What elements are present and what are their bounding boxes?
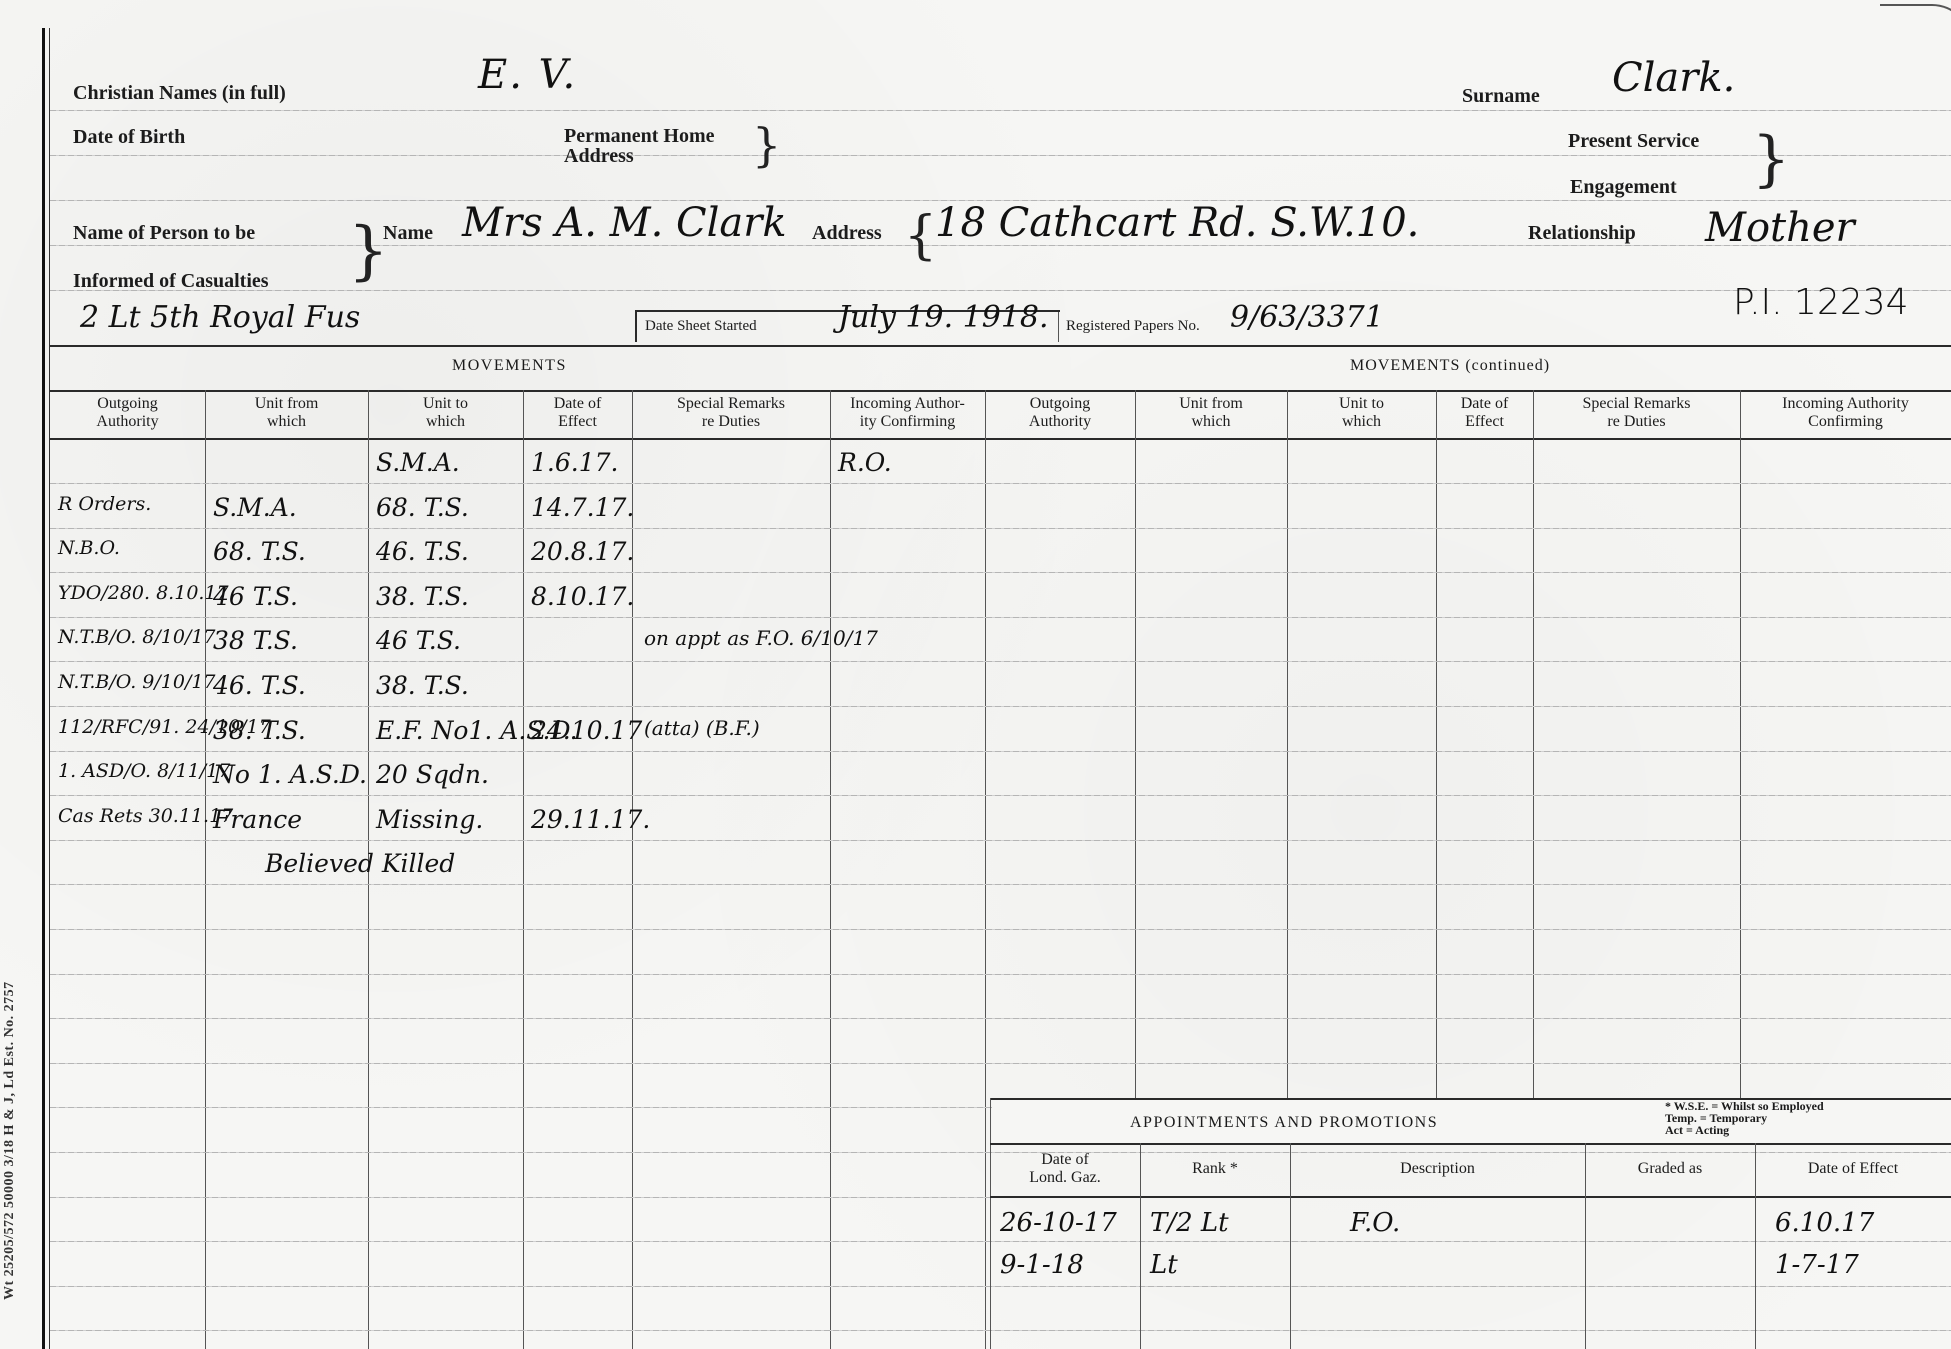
- movement-cell-date[interactable]: 14.7.17.: [531, 493, 634, 522]
- printer-imprint: Wt 25205/572 50000 3/18 H & J, Ld Est. N…: [2, 981, 18, 1300]
- movements-column-header: Special Remarksre Duties: [632, 395, 830, 431]
- permanent-home-label-line2: Address: [564, 146, 715, 166]
- brace: {: [904, 206, 937, 266]
- movement-cell-date[interactable]: 8.10.17.: [531, 582, 634, 611]
- surname-value[interactable]: Clark.: [1612, 55, 1735, 101]
- rule: [50, 929, 1951, 930]
- registered-papers-value[interactable]: 9/63/3371: [1230, 300, 1384, 335]
- rule: [50, 1241, 1951, 1242]
- brace: }: [1752, 124, 1790, 194]
- casualty-label-line2: Informed of Casualties: [73, 270, 269, 293]
- movement-cell-from[interactable]: 46 T.S.: [213, 582, 298, 611]
- movement-cell-date[interactable]: 24.10.17: [531, 716, 642, 745]
- appointment-cell-effect[interactable]: 1-7-17: [1775, 1250, 1859, 1280]
- appointments-column-header: Date of Effect: [1755, 1160, 1951, 1178]
- movement-cell-outgoing[interactable]: Cas Rets 30.11.17: [58, 805, 233, 827]
- column-divider: [985, 390, 986, 1349]
- appointments-title: APPOINTMENTS AND PROMOTIONS: [1130, 1114, 1438, 1132]
- date-of-birth-label: Date of Birth: [73, 126, 185, 149]
- casualty-label-line1: Name of Person to be: [73, 222, 255, 245]
- left-border-inner: [49, 28, 50, 1349]
- date-sheet-started-value[interactable]: July 19. 1918.: [838, 300, 1049, 335]
- movement-cell-from[interactable]: 46. T.S.: [213, 671, 306, 700]
- column-divider: [632, 390, 633, 1349]
- appointment-cell-rank[interactable]: T/2 Lt: [1150, 1208, 1229, 1238]
- movement-cell-from[interactable]: 38. T.S.: [213, 716, 306, 745]
- appointments-header-top: [990, 1143, 1951, 1145]
- service-record-sheet: Christian Names (in full) E. V. Surname …: [0, 0, 1951, 1349]
- movement-cell-from[interactable]: France: [213, 805, 302, 834]
- appointment-cell-rank[interactable]: Lt: [1150, 1250, 1178, 1280]
- christian-names-label: Christian Names (in full): [73, 82, 286, 105]
- rule: [50, 617, 1951, 618]
- rule: [50, 751, 1951, 752]
- rule: [50, 840, 1951, 841]
- movement-cell-outgoing[interactable]: R Orders.: [58, 493, 151, 515]
- header-top-line: [50, 390, 1951, 392]
- rule: [50, 661, 1951, 662]
- movement-cell-to[interactable]: 68. T.S.: [376, 493, 469, 522]
- movement-cell-to[interactable]: S.M.A.: [376, 448, 460, 477]
- relationship-label: Relationship: [1528, 222, 1636, 245]
- registered-papers-label: Registered Papers No.: [1066, 318, 1200, 335]
- movement-cell-outgoing[interactable]: N.B.O.: [58, 537, 120, 559]
- rule: [50, 483, 1951, 484]
- left-border-outer: [42, 28, 45, 1349]
- relationship-value[interactable]: Mother: [1705, 205, 1855, 251]
- rule: [50, 1286, 1951, 1287]
- movements-continued-column-header: Unit fromwhich: [1135, 395, 1287, 431]
- movement-cell-to[interactable]: 46 T.S.: [376, 626, 461, 655]
- appointments-column-header: Description: [1290, 1160, 1585, 1178]
- column-divider: [1135, 390, 1136, 1098]
- appointment-cell-gazette[interactable]: 26-10-17: [1000, 1208, 1117, 1238]
- movements-column-header: Unit fromwhich: [205, 395, 368, 431]
- movements-column-header: Date ofEffect: [523, 395, 632, 431]
- movement-cell-outgoing[interactable]: N.T.B/O. 9/10/17: [58, 671, 216, 693]
- appointments-legend: * W.S.E. = Whilst so Employed Temp. = Te…: [1665, 1100, 1824, 1136]
- engagement-label: Engagement: [1570, 176, 1677, 199]
- rank-unit-note: 2 Lt 5th Royal Fus: [80, 300, 360, 335]
- column-divider: [205, 390, 206, 1349]
- appointments-left-line: [990, 1098, 991, 1349]
- column-divider: [830, 390, 831, 1349]
- column-divider: [1533, 390, 1534, 1098]
- column-divider: [1287, 390, 1288, 1098]
- movement-cell-incoming[interactable]: R.O.: [838, 448, 892, 477]
- movement-cell-from[interactable]: 68. T.S.: [213, 537, 306, 566]
- appointments-column-header: Graded as: [1585, 1160, 1755, 1178]
- rule: [50, 528, 1951, 529]
- movement-cell-date[interactable]: 29.11.17.: [531, 805, 650, 834]
- box-left-line: [635, 310, 637, 342]
- movement-cell-remarks[interactable]: on appt as F.O. 6/10/17: [644, 626, 878, 650]
- movement-cell-to[interactable]: 38. T.S.: [376, 671, 469, 700]
- movements-continued-column-header: Special Remarksre Duties: [1533, 395, 1740, 431]
- column-divider: [1436, 390, 1437, 1098]
- rule: [50, 110, 1951, 111]
- movement-cell-from[interactable]: 38 T.S.: [213, 626, 298, 655]
- rule: [50, 1018, 1951, 1019]
- pi-number: P.I. 12234: [1733, 282, 1909, 323]
- movements-title: MOVEMENTS: [452, 357, 567, 375]
- header-bottom-line: [50, 438, 1951, 440]
- appointment-cell-gazette[interactable]: 9-1-18: [1000, 1250, 1084, 1280]
- present-service-label: Present Service: [1568, 130, 1699, 153]
- rule: [50, 974, 1951, 975]
- box-divider: [1058, 312, 1059, 342]
- movements-top-line: [50, 345, 1951, 347]
- appointment-cell-description[interactable]: F.O.: [1350, 1208, 1400, 1238]
- column-divider: [523, 390, 524, 1349]
- rule: [50, 290, 1951, 291]
- movements-continued-column-header: Unit towhich: [1287, 395, 1436, 431]
- date-sheet-started-label: Date Sheet Started: [645, 318, 757, 335]
- movements-continued-column-header: Incoming AuthorityConfirming: [1740, 395, 1951, 431]
- appointment-cell-effect[interactable]: 6.10.17: [1775, 1208, 1874, 1238]
- movement-cell-date[interactable]: 20.8.17.: [531, 537, 634, 566]
- movements-continued-column-header: Date ofEffect: [1436, 395, 1533, 431]
- surname-label: Surname: [1462, 85, 1540, 108]
- movement-cell-outgoing[interactable]: 1. ASD/O. 8/11/17: [58, 760, 230, 782]
- permanent-home-label-line1: Permanent Home: [564, 126, 715, 146]
- movement-cell-from[interactable]: No 1. A.S.D.: [213, 760, 367, 789]
- movements-column-header: Incoming Author-ity Confirming: [830, 395, 985, 431]
- movement-cell-from[interactable]: Believed Killed: [265, 849, 455, 878]
- movements-column-header: OutgoingAuthority: [50, 395, 205, 431]
- paper-corner: [1880, 4, 1951, 176]
- movement-cell-to[interactable]: 20 Sqdn.: [376, 760, 489, 789]
- movement-cell-from[interactable]: S.M.A.: [213, 493, 297, 522]
- rule: [50, 155, 1951, 156]
- permanent-home-label: Permanent Home Address: [564, 126, 715, 166]
- appointments-column-header: Date ofLond. Gaz.: [990, 1151, 1140, 1187]
- movement-cell-to[interactable]: 46. T.S.: [376, 537, 469, 566]
- name-label: Name: [383, 222, 433, 245]
- movement-cell-outgoing[interactable]: N.T.B/O. 8/10/17: [58, 626, 216, 648]
- legend-act: Act = Acting: [1665, 1124, 1824, 1136]
- appointments-header-bottom: [990, 1196, 1951, 1198]
- movement-cell-date[interactable]: 1.6.17.: [531, 448, 618, 477]
- rule: [50, 572, 1951, 573]
- rule: [50, 1063, 1951, 1064]
- movement-cell-outgoing[interactable]: YDO/280. 8.10.17: [58, 582, 229, 604]
- address-label: Address: [812, 222, 882, 245]
- movement-cell-remarks[interactable]: (atta) (B.F.): [644, 716, 760, 740]
- appointments-column-header: Rank *: [1140, 1160, 1290, 1178]
- brace: }: [752, 118, 781, 172]
- movement-cell-to[interactable]: Missing.: [376, 805, 483, 834]
- rule: [50, 884, 1951, 885]
- rule: [50, 706, 1951, 707]
- movement-cell-to[interactable]: 38. T.S.: [376, 582, 469, 611]
- rule: [50, 795, 1951, 796]
- christian-names-value[interactable]: E. V.: [478, 52, 577, 98]
- column-divider: [1740, 390, 1741, 1098]
- movements-column-header: Unit towhich: [368, 395, 523, 431]
- name-value[interactable]: Mrs A. M. Clark: [462, 200, 787, 246]
- address-value[interactable]: 18 Cathcart Rd. S.W.10.: [935, 200, 1419, 246]
- rule: [50, 1330, 1951, 1331]
- movements-continued-column-header: OutgoingAuthority: [985, 395, 1135, 431]
- movements-continued-title: MOVEMENTS (continued): [1350, 357, 1550, 375]
